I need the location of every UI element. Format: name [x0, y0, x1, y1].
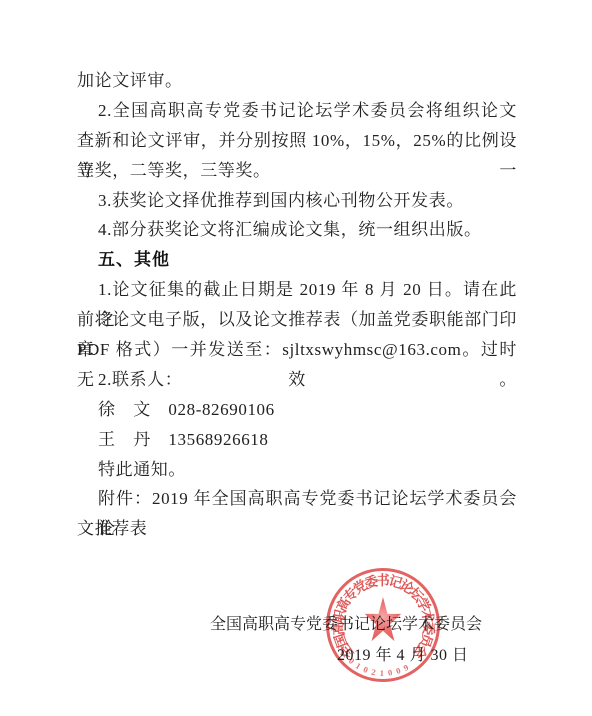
text-line: 王 丹 13568926618 — [77, 425, 517, 455]
date-line: 2019 年 4 月 30 日 — [337, 646, 469, 666]
text-line: 五、其他 — [77, 245, 517, 275]
text-line: 3.获奖论文择优推荐到国内核心刊物公开发表。 — [77, 186, 517, 216]
text-line: 前将论文电子版，以及论文推荐表（加盖党委职能部门印章 — [77, 305, 517, 335]
text-line: 查新和论文评审，并分别按照 10%，15%，25%的比例设立一 — [77, 126, 517, 156]
text-line: 徐 文 028-82690106 — [77, 395, 517, 425]
text-line: 附件：2019 年全国高职高专党委书记论坛学术委员会论 — [77, 484, 517, 514]
text-line: 加论文评审。 — [77, 66, 517, 96]
text-line: 文推荐表 — [77, 514, 517, 544]
text-line: 2.全国高职高专党委书记论坛学术委员会将组织论文 — [77, 96, 517, 126]
document-page: 加论文评审。2.全国高职高专党委书记论坛学术委员会将组织论文查新和论文评审，并分… — [0, 0, 592, 716]
text-line: 特此通知。 — [77, 455, 517, 485]
body-text: 加论文评审。2.全国高职高专党委书记论坛学术委员会将组织论文查新和论文评审，并分… — [77, 66, 517, 544]
text-line: 1.论文征集的截止日期是 2019 年 8 月 20 日。请在此之 — [77, 275, 517, 305]
text-line: 4.部分获奖论文将汇编成论文集，统一组织出版。 — [77, 215, 517, 245]
text-line: PDF 格式）一并发送至：sjltxswyhmsc@163.com。过时无效。 — [77, 335, 517, 365]
signature-line: 全国高职高专党委书记论坛学术委员会 — [210, 615, 482, 635]
